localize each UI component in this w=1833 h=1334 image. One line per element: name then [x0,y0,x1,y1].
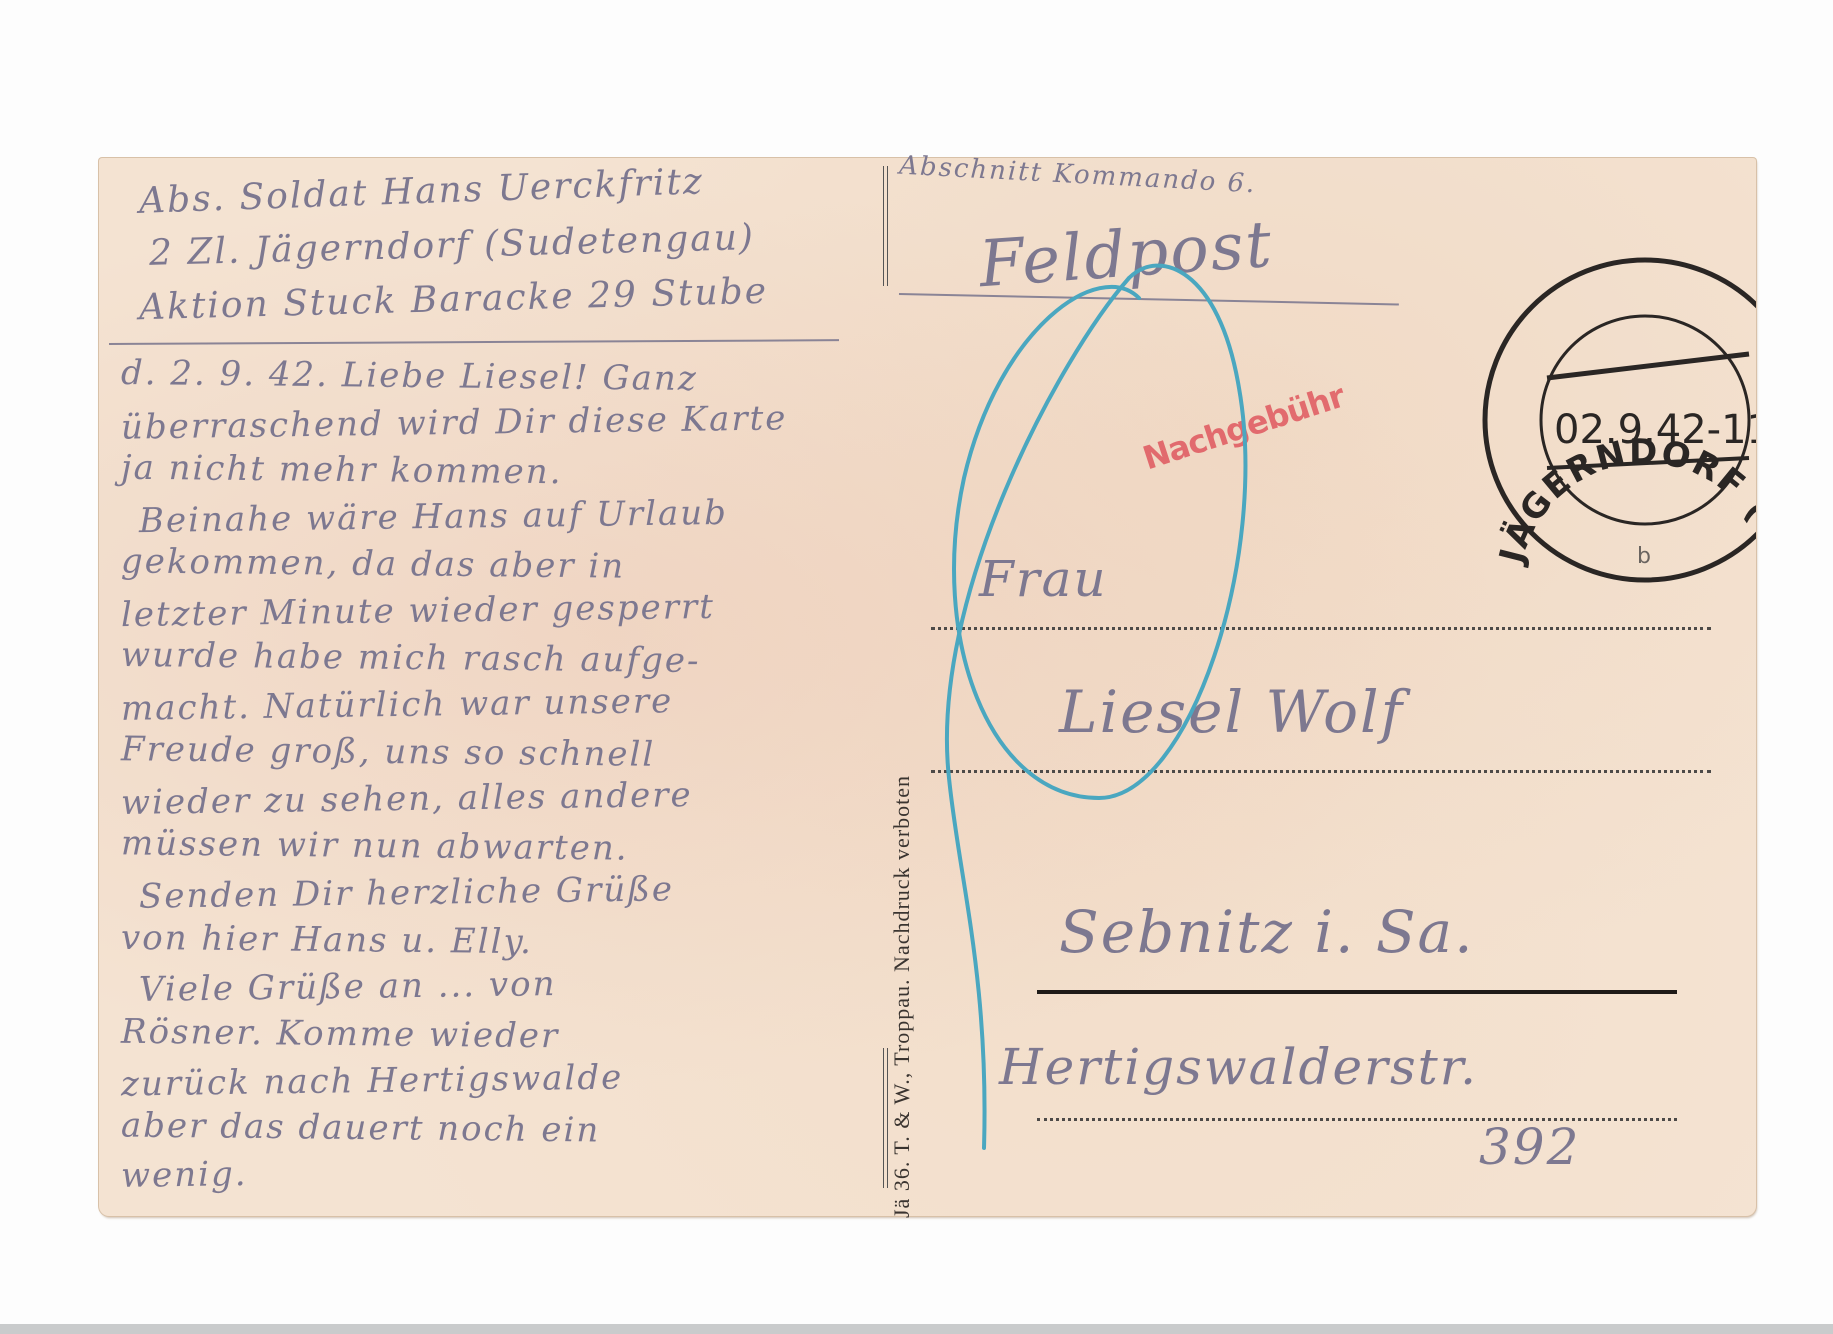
postmark-bottom-letter: b [1637,544,1651,569]
scanner-bed-edge [0,1324,1833,1334]
blue-crayon-mark [947,266,1245,1148]
marks-overlay: JÄGERNDORF (OSTSUDETENL) 02.9.42-11 b [99,158,1756,1216]
postcard: Abs. Soldat Hans Uerckfritz 2 Zl. Jägern… [99,158,1756,1216]
postmark-date: 02.9.42-11 [1554,407,1756,453]
postmark-ring-text: JÄGERNDORF (OSTSUDETENL) [99,158,1756,581]
